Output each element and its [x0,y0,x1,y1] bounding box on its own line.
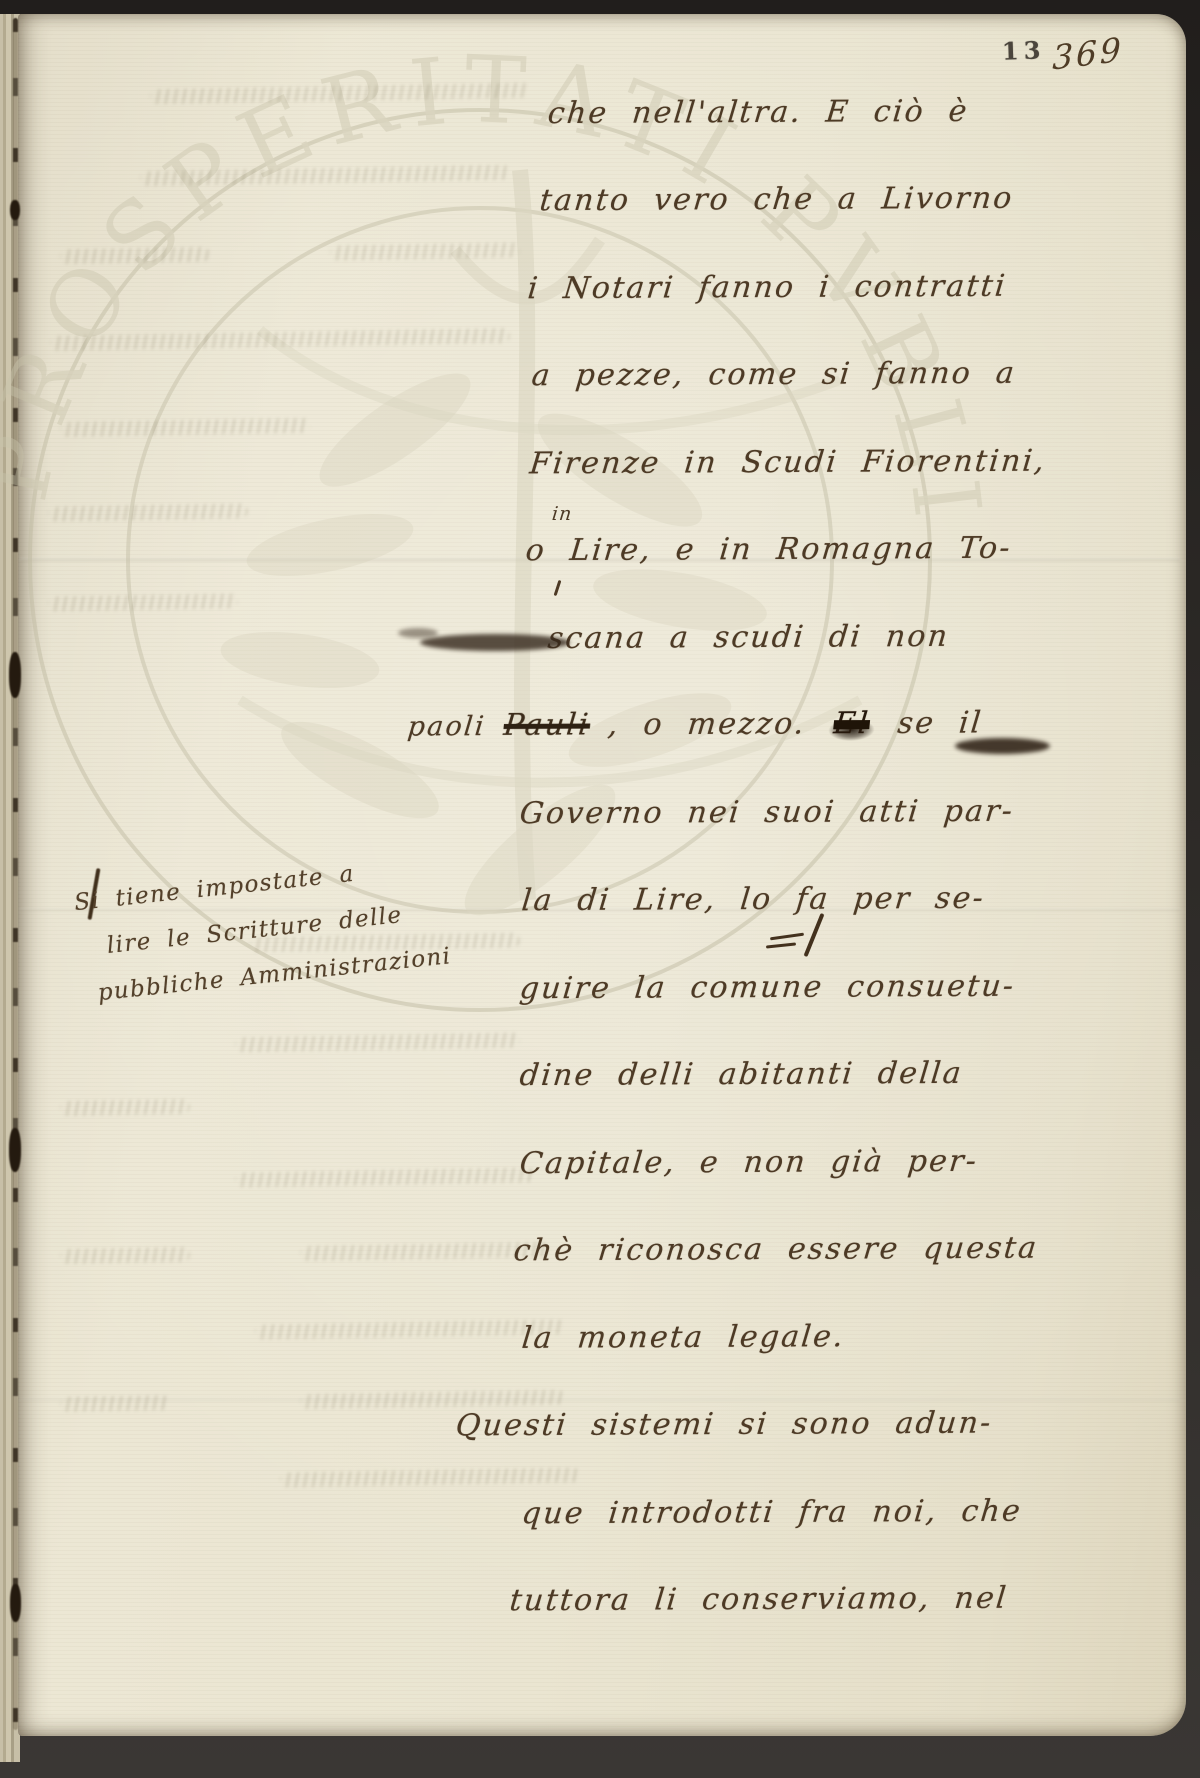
manuscript-line: guire la comune consuetu- [518,969,1017,1007]
stitch-mark [10,1584,21,1622]
manuscript-line: che nell'altra. E ciò è [546,94,970,131]
manuscript-line: a pezze, come si fanno a [530,356,1018,394]
manuscript-line: Firenze in Scudi Fiorentini, [528,444,1048,482]
manuscript-line: scana a scudi di non [546,619,951,656]
line-text: , o mezzo. [606,706,807,742]
manuscript-line: o Lire, e in Romagna To- [524,531,1013,569]
stamped-page-number: 13 [1002,35,1046,65]
manuscript-line: Governo nei suoi atti par- [518,794,1016,832]
binding-stitch-line [13,18,18,1730]
bleed-through-mark [60,1395,170,1412]
manuscript-line: i Notari fanno i contratti [526,269,1008,307]
margin-correction-word: paoli [406,711,487,742]
ink-smudge [420,634,570,651]
manuscript-line: tanto vero che a Livorno [538,181,1015,218]
ink-smudge [955,738,1050,754]
stitch-mark [9,652,21,698]
manuscript-line: la moneta legale. [520,1319,846,1356]
ink-blot-word: El [822,706,881,741]
manuscript-line: la di Lire, lo fa per se- [520,881,987,918]
struck-word: Pauli [502,708,592,743]
bleed-through-mark [60,247,210,265]
manuscript-line: tuttora li conserviamo, nel [508,1581,1010,1619]
ink-smudge [398,628,438,638]
stitch-mark [9,1128,21,1172]
manuscript-line: que introdotti fra noi, che [520,1494,1024,1532]
manuscript-line: dine delli abitanti della [518,1056,965,1093]
manuscript-line: Capitale, e non già per- [518,1144,980,1181]
inserted-word: in [551,503,574,525]
manuscript-line: Questi sistemi si sono adun- [454,1406,994,1444]
manuscript-line: chè riconosca essere questa [512,1231,1040,1269]
scanned-manuscript-page: PROSPERITATI PVBLICAE AVGENDAE [0,0,1200,1778]
bleed-through-mark [60,1247,190,1264]
line-text: se il [896,705,984,740]
correction-line: paoli Pauli , o mezzo. El se il [406,705,984,743]
fold-crease [20,1398,1180,1401]
bleed-through-mark [60,1099,190,1116]
stitch-mark [10,200,20,220]
